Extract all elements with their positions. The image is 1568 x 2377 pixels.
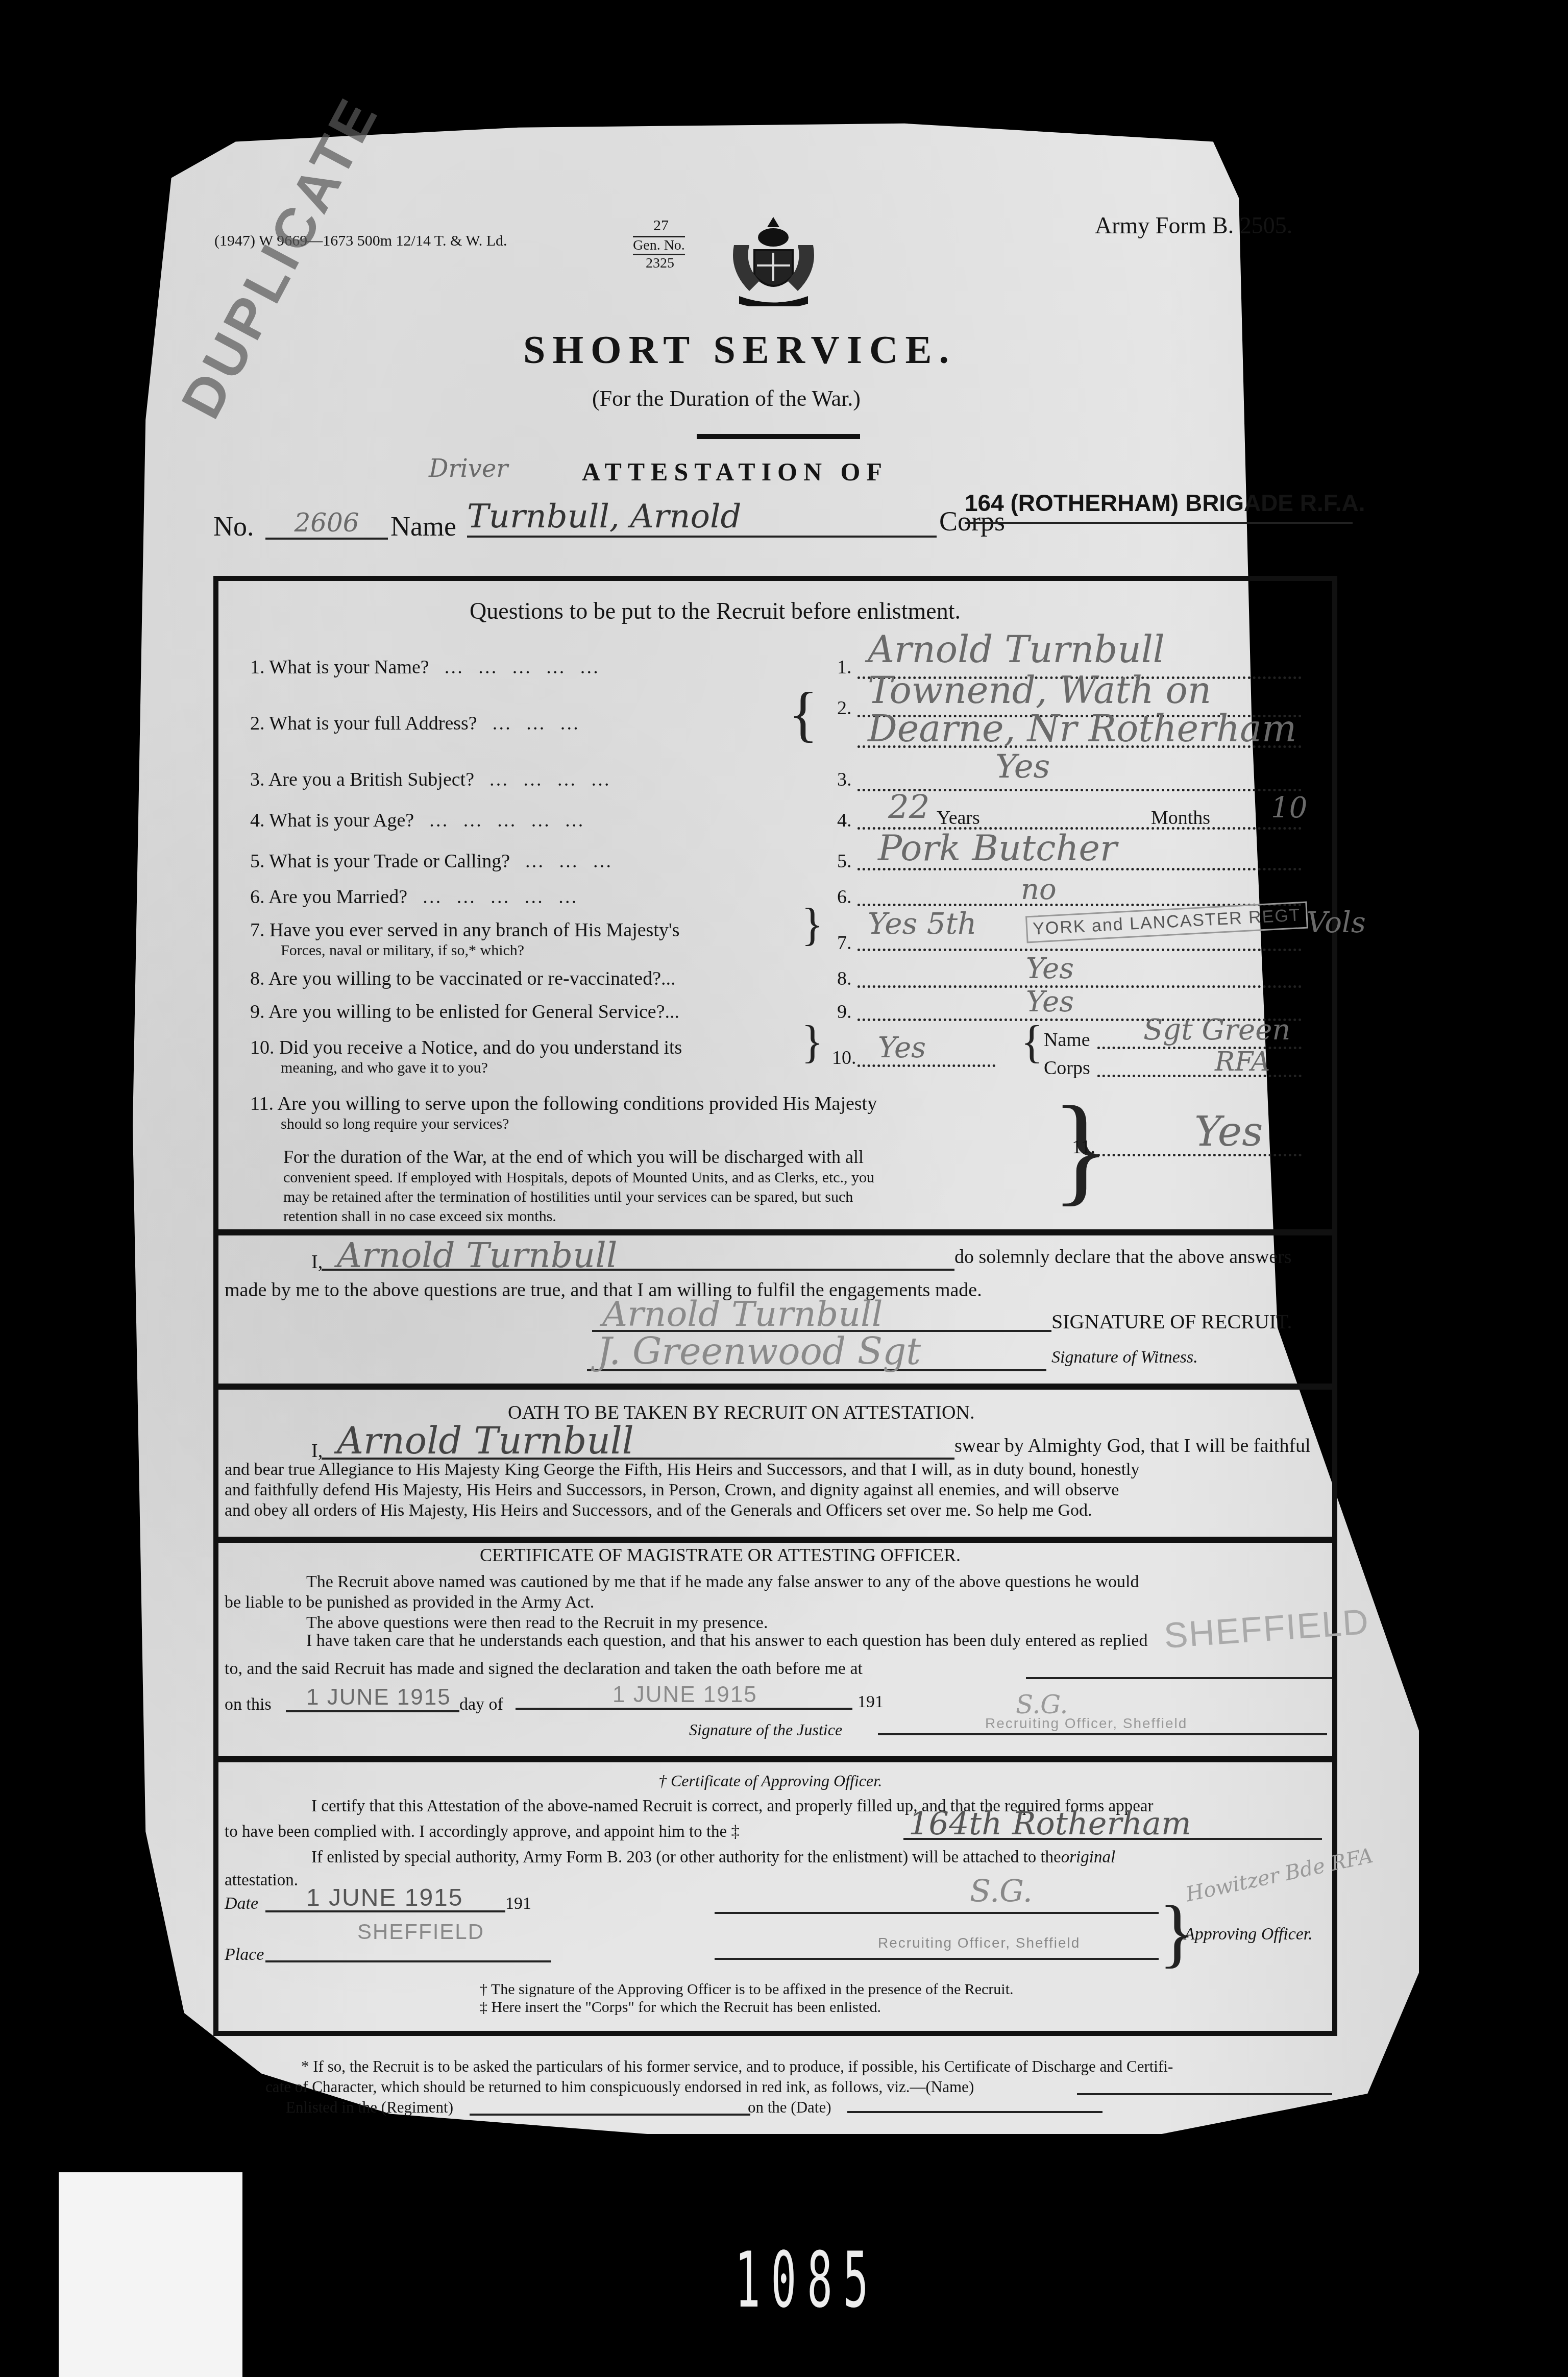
notice-corps-value: RFA xyxy=(1215,1047,1270,1077)
page-footnote-2: cate of Character, which should be retur… xyxy=(265,2078,974,2096)
answer-8: Yes xyxy=(1026,952,1074,985)
folio-number: 1085 xyxy=(735,2236,879,2325)
recruit-name: Turnbull, Arnold xyxy=(467,498,937,538)
calibration-card xyxy=(59,2172,242,2377)
answer-6-num: 6. xyxy=(837,886,852,908)
year-prefix: 191 xyxy=(857,1692,884,1712)
name-label: Name xyxy=(390,511,456,542)
magistrate-heading: CERTIFICATE OF MAGISTRATE OR ATTESTING O… xyxy=(480,1544,961,1566)
approving-heading: † Certificate of Approving Officer. xyxy=(658,1772,882,1790)
answer-9-num: 9. xyxy=(837,1001,852,1023)
notice-name-value: Sgt Green xyxy=(1143,1013,1290,1047)
place-label: Place xyxy=(225,1945,264,1964)
declaration-prefix: I, xyxy=(311,1251,323,1273)
corps-stamp: 164 (ROTHERHAM) BRIGADE R.F.A. xyxy=(965,489,1353,524)
box-footnote-2: ‡ Here insert the "Corps" for which the … xyxy=(480,1999,881,2016)
appointed-to: 164th Rotherham xyxy=(909,1805,1191,1842)
question-7: 7. Have you ever served in any branch of… xyxy=(250,919,680,941)
question-10: 10. Did you receive a Notice, and do you… xyxy=(250,1036,682,1059)
declaration-line-1: do solemnly declare that the above answe… xyxy=(954,1246,1292,1268)
question-11: 11. Are you willing to serve upon the fo… xyxy=(250,1093,877,1115)
notice-corps-line xyxy=(1097,1075,1302,1077)
footnote-regiment-line xyxy=(470,2114,750,2116)
notice-corps-label: Corps xyxy=(1044,1057,1090,1079)
oath-name: Arnold Turnbull xyxy=(337,1419,634,1462)
questions-heading: Questions to be put to the Recruit befor… xyxy=(470,597,961,624)
gen-no-label: Gen. No. xyxy=(633,236,685,255)
conditions-line-3: may be retained after the termination of… xyxy=(283,1188,853,1206)
page-footnote-1: * If so, the Recruit is to be asked the … xyxy=(301,2057,1173,2076)
question-8: 8. Are you willing to be vaccinated or r… xyxy=(250,967,676,990)
page-footnote-3: Enlisted in the (Regiment) xyxy=(286,2098,453,2117)
header-rule xyxy=(697,434,860,439)
gen-no-top: 27 xyxy=(653,217,669,234)
oath-line-2: and bear true Allegiance to His Majesty … xyxy=(225,1460,1140,1479)
gen-no-bottom: 2325 xyxy=(646,255,674,272)
notice-name-line xyxy=(1097,1047,1302,1049)
rule-approving xyxy=(213,1756,1337,1762)
answer-7: Yes 5th xyxy=(868,906,976,941)
question-5: 5. What is your Trade or Calling? … … … xyxy=(250,850,612,872)
question-1: 1. What is your Name? … … … … … xyxy=(250,656,599,678)
date-stamp: 1 JUNE 1915 xyxy=(306,1884,463,1912)
question-3: 3. Are you a British Subject? … … … … xyxy=(250,768,610,791)
date-year: 191 xyxy=(505,1894,531,1913)
footnote-name-line xyxy=(1077,2093,1332,2095)
day-stamp: 1 JUNE 1915 xyxy=(306,1685,451,1710)
bracket-q7: } xyxy=(801,899,823,951)
officer-signature: S.G. xyxy=(970,1874,1033,1909)
answer-7-suffix: Vols xyxy=(1307,906,1366,939)
witness-signature: J. Greenwood Sgt xyxy=(597,1330,921,1373)
answer-4-num: 4. xyxy=(837,809,852,832)
month-line xyxy=(516,1708,852,1710)
recruit-signature-label: SIGNATURE OF RECRUIT. xyxy=(1051,1309,1292,1333)
form-subtitle: (For the Duration of the War.) xyxy=(592,385,861,411)
answer-2b: Dearne, Nr Rotherham xyxy=(868,707,1296,750)
answer-1-num: 1. xyxy=(837,656,852,678)
approving-line-4: attestation. xyxy=(225,1871,298,1890)
answer-5-num: 5. xyxy=(837,850,852,872)
question-7-sub: Forces, naval or military, if so,* which… xyxy=(281,942,524,959)
answer-3: Yes xyxy=(995,748,1050,786)
answer-1: Arnold Turnbull xyxy=(868,628,1165,671)
justice-signature-line xyxy=(878,1733,1327,1735)
magistrate-line-1: The Recruit above named was cautioned by… xyxy=(306,1572,1139,1592)
page-footnote-4: on the (Date) xyxy=(748,2098,831,2117)
answer-11: Yes xyxy=(1194,1108,1263,1155)
approving-line-2: to have been complied with. I accordingl… xyxy=(225,1823,740,1841)
answer-2a: Townend, Wath on xyxy=(868,669,1211,712)
answer-10-line xyxy=(857,1064,995,1067)
rank-handwritten: Driver xyxy=(429,454,508,483)
justice-signature: S.G. xyxy=(1016,1690,1068,1719)
answer-3-num: 3. xyxy=(837,768,852,791)
officer-title-line xyxy=(715,1958,1159,1960)
question-4: 4. What is your Age? … … … … … xyxy=(250,809,584,832)
bracket-q10-answer: { xyxy=(1021,1016,1043,1069)
on-this-label: on this xyxy=(225,1695,272,1714)
form-id: Army Form B. 2505. xyxy=(1095,212,1292,239)
month-stamp: 1 JUNE 1915 xyxy=(612,1682,757,1708)
oath-line-3: and faithfully defend His Majesty, His H… xyxy=(225,1481,1119,1500)
officer-signature-line xyxy=(715,1912,1159,1914)
approving-officer-label: Approving Officer. xyxy=(1184,1925,1313,1944)
magistrate-line-2: be liable to be punished as provided in … xyxy=(225,1593,594,1612)
answer-8-line xyxy=(857,985,1302,988)
approving-line-3: If enlisted by special authority, Army F… xyxy=(311,1848,1115,1867)
no-label: No. xyxy=(213,511,254,542)
question-11-sub: should so long require your services? xyxy=(281,1115,509,1133)
service-number: 2606 xyxy=(265,508,388,540)
recruit-signature: Arnold Turnbull xyxy=(602,1294,883,1335)
answer-5: Pork Butcher xyxy=(878,827,1117,869)
magistrate-line-5: to, and the said Recruit has made and si… xyxy=(225,1659,863,1679)
answer-8-num: 8. xyxy=(837,967,852,990)
years-label: Years xyxy=(937,807,980,829)
answer-2-num: 2. xyxy=(837,697,852,719)
conditions-line-2: convenient speed. If employed with Hospi… xyxy=(283,1169,874,1186)
box-footnote-1: † The signature of the Approving Officer… xyxy=(480,1981,1014,1998)
magistrate-line-3: The above questions were then read to th… xyxy=(306,1613,768,1633)
answer-6: no xyxy=(1021,873,1057,906)
months-label: Months xyxy=(1151,807,1210,829)
answer-7-line xyxy=(857,949,1302,951)
day-line xyxy=(286,1710,459,1712)
age-months: 10 xyxy=(1271,791,1307,824)
rule-declaration xyxy=(213,1229,1337,1235)
answer-11-num: 11. xyxy=(1072,1136,1095,1158)
attestation-of: ATTESTATION OF xyxy=(582,457,888,487)
place-line xyxy=(265,1960,551,1962)
rule-oath xyxy=(213,1384,1337,1390)
conditions-line-4: retention shall in no case exceed six mo… xyxy=(283,1208,556,1225)
question-9: 9. Are you willing to be enlisted for Ge… xyxy=(250,1001,679,1023)
date-label: Date xyxy=(225,1894,258,1913)
question-10-sub: meaning, and who gave it to you? xyxy=(281,1059,488,1077)
declaration-name: Arnold Turnbull xyxy=(337,1235,618,1276)
answer-10: Yes xyxy=(878,1031,926,1064)
answer-10-num: 10. xyxy=(832,1047,856,1069)
magistrate-line-4: I have taken care that he understands ea… xyxy=(306,1631,1147,1651)
place-stamp: SHEFFIELD xyxy=(357,1920,484,1944)
royal-coat-of-arms-icon xyxy=(724,214,823,306)
rule-magistrate xyxy=(213,1537,1337,1543)
bracket-q10: } xyxy=(801,1016,823,1069)
answer-9: Yes xyxy=(1026,985,1074,1018)
witness-signature-label: Signature of Witness. xyxy=(1051,1348,1198,1367)
oath-line-1: swear by Almighty God, that I will be fa… xyxy=(954,1435,1311,1457)
question-2: 2. What is your full Address? … … … xyxy=(250,712,579,735)
conditions-line-1: For the duration of the War, at the end … xyxy=(283,1146,864,1168)
oath-line-4: and obey all orders of His Majesty, His … xyxy=(225,1501,1092,1520)
question-6: 6. Are you Married? … … … … … xyxy=(250,886,577,908)
day-of-label: day of xyxy=(459,1695,503,1714)
notice-name-label: Name xyxy=(1044,1029,1090,1051)
oath-prefix: I, xyxy=(311,1440,323,1462)
officer-stamp: Recruiting Officer, Sheffield xyxy=(878,1935,1080,1951)
justice-label: Signature of the Justice xyxy=(689,1720,842,1739)
bracket-address: { xyxy=(789,679,818,749)
footnote-date-line xyxy=(847,2111,1102,2113)
answer-7-num: 7. xyxy=(837,932,852,954)
form-title: SHORT SERVICE. xyxy=(523,327,956,373)
age-years: 22 xyxy=(888,789,929,827)
attested-at-line xyxy=(1026,1677,1332,1679)
